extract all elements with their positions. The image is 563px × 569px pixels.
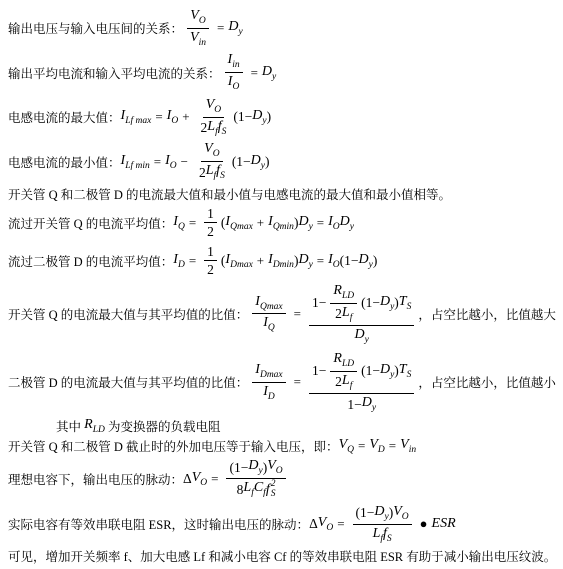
subscript: O [402,512,409,522]
fraction: VO2LffS [198,96,230,138]
math-variable: Lf [342,373,352,392]
math-roman: 1− [347,397,361,413]
math-variable: Lf [207,119,217,138]
math-operator-glyph: + [182,109,189,124]
math-variable: ILf min [121,153,150,171]
math-variable: TS [399,362,412,381]
fraction-numerator: VO [203,96,224,118]
math-roman-glyph: Δ [309,516,318,531]
math-operator-glyph: = [337,516,344,531]
math-roman-glyph: (1− [340,253,359,268]
math-roman-glyph: ) [267,109,272,124]
subscript: y [372,403,376,413]
math-variable-glyph: R [333,283,342,298]
subscript: LD [93,425,105,435]
fraction-denominator: 2LffS [198,118,230,139]
fraction-denominator: 1−Dy [344,394,379,415]
subscript: Lf max [125,116,151,126]
subscript: Q [268,323,275,333]
math-variable-glyph: V [192,470,201,485]
math-roman: (1− [233,109,252,125]
fraction: (1−Dy)VOLffS [353,503,412,545]
fraction-denominator: ID [260,383,278,404]
fraction: 12 [204,243,217,279]
fraction-numerator: Iin [225,51,243,73]
fraction-numerator: 1−RLD2Lf(1−Dy)TS [309,281,414,326]
math-operator-glyph: = [154,154,161,169]
formula-line: 实际电容有等效串联电阻 ESR，这时输出电压的脉动：ΔVO=(1−Dy)VOLf… [8,503,555,545]
math-variable-glyph: D [374,504,384,519]
math-operator-glyph: = [211,471,218,486]
subscript: Q [347,445,354,455]
fraction: (1−Dy)VO8LfCff2S [226,457,285,501]
fraction: VOVin [187,7,209,49]
math-variable-glyph: V [339,437,348,452]
fraction-numerator: RLD [330,350,357,372]
fraction-denominator: IQ [260,314,278,335]
math-roman-glyph: ) [265,154,270,169]
subscript: Lf min [125,160,150,170]
subscript: S [407,301,412,311]
math-variable: VO [267,458,282,477]
math-variable-glyph: D [380,294,390,309]
math-operator: − [177,154,192,170]
math-variable-glyph: D [262,64,272,79]
math-roman: 1 [207,244,214,260]
cn-text: 开关管 Q 的电流最大值与其平均值的比值： [8,305,248,323]
fraction-denominator: 2 [204,261,217,279]
math-roman-glyph: (1− [356,505,375,520]
math-variable: VO [190,8,205,27]
math-roman: 1− [312,295,326,311]
math-variable: VD [369,437,384,455]
math-variable: IQ [263,315,275,334]
math-operator: + [178,109,193,125]
math-variable: Dy [380,362,394,381]
math-variable-glyph: L [342,373,350,388]
math-operator: + [253,253,268,269]
math-variable: Dy [359,252,373,270]
cn-text-glyph: ，占空比越小，比值越大 [418,308,556,322]
math-variable-glyph: D [298,252,308,267]
math-roman-glyph: (1− [361,295,380,310]
math-variable: IQmin [268,214,294,232]
subscript: S [271,490,276,500]
cn-text: 开关管 Q 和二极管 D 的电流最大值和最小值与电感电流的最大值和最小值相等。 [8,185,451,203]
formula-line: 开关管 Q 和二极管 D 截止时的外加电压等于输入电压，即：VQ=VD=Vin [8,437,555,455]
subscript: Dmax [230,260,253,270]
subscript: S [387,533,392,543]
sub-sup-stack: 2S [271,480,276,500]
math-variable: IO [165,153,177,171]
subscript: LD [342,291,354,301]
math-variable-glyph: T [399,294,407,309]
subscript: in [199,38,206,48]
cn-text: 二极管 D 的电流最大值与其平均值的比值： [8,373,248,391]
math-roman-glyph: (1− [229,460,248,475]
subscript: y [238,27,242,37]
subscript: in [409,445,416,455]
math-variable: IO [167,108,179,126]
subscript: S [222,126,227,136]
math-roman: 1− [312,363,326,379]
formula-line: 流过开关管 Q 的电流平均值：IQ=12(IQmax+IQmin)Dy=IODy [8,205,555,241]
math-variable: IDmin [268,252,294,270]
math-roman-glyph: 1 [207,244,214,259]
math-variable: Cf [254,480,266,499]
fraction-numerator: (1−Dy)VO [226,457,285,479]
fraction-denominator: 2 [204,223,217,241]
math-variable-glyph: D [251,153,261,168]
math-operator-glyph: = [251,65,258,80]
math-operator-glyph: = [294,306,301,321]
subscript: O [213,149,220,159]
math-variable: VO [204,141,219,160]
math-variable: Dy [355,327,369,346]
math-roman: (1− [356,505,375,521]
math-roman: Δ [309,516,318,532]
math-variable: fS [218,119,227,138]
fraction: VO2LffS [196,140,228,182]
subscript: f [350,380,353,390]
cn-text: 可见，增加开关频率 f、加大电感 Lf 和减小电容 Cf 的等效串联电阻 ESR… [8,547,556,565]
subscript: D [268,391,275,401]
math-roman: (1− [361,363,380,379]
math-roman: 2 [199,165,206,181]
cn-text-glyph: 电感电流的最小值： [8,156,121,170]
math-variable: RLD [333,283,354,302]
math-operator: = [290,306,305,322]
cn-text: 理想电容下，输出电压的脉动： [8,470,183,488]
formula-line: 可见，增加开关频率 f、加大电感 Lf 和减小电容 Cf 的等效串联电阻 ESR… [8,547,555,565]
fraction-denominator: 2Lf [332,304,355,325]
subscript: Dmin [273,260,294,270]
math-roman: ) [373,253,378,269]
math-roman: (1− [232,154,251,170]
math-variable: VO [192,470,207,488]
math-variable-glyph: D [340,214,350,229]
math-roman-glyph: 2 [199,165,206,180]
math-operator: = [313,253,328,269]
math-roman-glyph: (1− [361,363,380,378]
math-variable-glyph: R [333,351,342,366]
cn-text-glyph: ，占空比越小，比值越小 [418,376,556,390]
math-variable-glyph: V [267,458,276,473]
subscript: y [350,222,354,232]
math-roman-glyph: 1− [347,397,361,412]
math-roman-glyph: (1− [232,154,251,169]
cn-text-glyph: 为变换器的负载电阻 [105,420,221,434]
math-roman: ) [267,109,272,125]
math-operator-glyph: = [189,215,196,230]
subscript: Q [178,222,185,232]
cn-text-glyph: 开关管 Q 和二极管 D 的电流最大值和最小值与电感电流的最大值和最小值相等。 [8,188,451,202]
cn-text: 开关管 Q 和二极管 D 截止时的外加电压等于输入电压，即： [8,437,339,455]
math-variable: TS [399,294,412,313]
math-roman-glyph: Δ [183,471,192,486]
math-variable: IDmax [225,252,252,270]
math-operator: + [253,215,268,231]
math-roman-glyph: 2 [335,306,342,321]
cn-text: 电感电流的最小值： [8,153,121,171]
fraction-numerator: IDmax [252,361,285,383]
math-variable-glyph: V [400,437,409,452]
math-roman: Δ [183,471,192,487]
math-variable: IQmax [225,214,252,232]
math-operator-glyph: = [217,20,224,35]
math-roman: 2 [207,224,214,240]
fraction: IinIO [225,51,243,93]
cn-text: 电感电流的最大值： [8,108,121,126]
math-variable-glyph: C [254,480,263,495]
math-variable: VO [206,97,221,116]
math-operator-glyph: = [317,253,324,268]
formula-line: 电感电流的最小值：ILf min=IO−VO2LffS(1−Dy) [8,140,555,182]
math-variable-glyph: D [362,395,372,410]
math-variable: ID [263,384,275,403]
math-variable-glyph: V [206,97,215,112]
subscript: O [232,82,239,92]
cn-text: 实际电容有等效串联电阻 ESR，这时输出电压的脉动： [8,515,309,533]
subscript: O [326,523,333,533]
math-roman-glyph: 2 [207,224,214,239]
subscript: Qmax [230,222,253,232]
subscript: O [171,116,178,126]
document-body: 输出电压与输入电压间的关系：VOVin=Dy输出平均电流和输入平均电流的关系：I… [0,0,563,565]
math-variable-glyph: V [190,30,199,45]
math-operator-glyph: + [257,253,264,268]
fraction-numerator: VO [201,140,222,162]
math-operator: = [333,516,348,532]
math-variable-glyph: ESR [432,516,456,531]
fraction-numerator: 1−RLD2Lf(1−Dy)TS [309,349,414,394]
math-variable: ILf max [121,108,152,126]
math-operator: ● [416,516,432,532]
math-variable: IDmax [255,362,282,381]
math-operator: = [385,438,400,454]
math-operator: = [290,374,305,390]
math-roman: 2 [335,374,342,390]
math-variable-glyph: L [206,163,214,178]
math-variable-glyph: L [342,305,350,320]
fraction: IQmaxIQ [252,293,285,335]
math-operator: = [313,215,328,231]
math-variable-glyph: R [84,417,93,432]
cn-text-glyph: 实际电容有等效串联电阻 ESR，这时输出电压的脉动： [8,518,309,532]
formula-line: 理想电容下，输出电压的脉动：ΔVO=(1−Dy)VO8LfCff2S [8,457,555,501]
math-variable: Dy [380,294,394,313]
cn-text-glyph: 其中 [56,420,84,434]
math-variable-glyph: V [393,504,402,519]
cn-text: ，占空比越小，比值越小 [418,373,556,391]
math-operator: = [354,438,369,454]
fraction-numerator: 1 [204,205,217,224]
math-variable-glyph: V [369,437,378,452]
cn-text-glyph: 电感电流的最大值： [8,111,121,125]
math-variable-glyph: f [266,482,270,497]
math-operator: = [185,253,200,269]
math-operator-glyph: = [294,374,301,389]
cn-text-glyph: 输出电压与输入电压间的关系： [8,22,183,36]
math-variable-glyph: D [355,327,365,342]
math-variable: Lf [373,526,383,545]
math-roman: 1 [207,206,214,222]
math-variable: Lf [243,480,253,499]
cn-text-glyph: 开关管 Q 和二极管 D 截止时的外加电压等于输入电压，即： [8,440,339,454]
fraction-numerator: IQmax [252,293,285,315]
math-variable: ID [173,252,185,270]
math-roman: 2 [207,262,214,278]
subscript: D [178,260,185,270]
math-operator-glyph: = [358,438,365,453]
cn-text-glyph: 二极管 D 的电流最大值与其平均值的比值： [8,376,248,390]
fraction: 12 [204,205,217,241]
math-roman-glyph: (1− [233,109,252,124]
fraction-denominator: IO [225,73,243,94]
fraction: RLD2Lf [330,282,357,324]
math-variable: IO [328,214,340,232]
fraction-denominator: 8LfCff2S [234,479,279,501]
subscript: Qmin [273,222,294,232]
formula-line: 其中 RLD 为变换器的负载电阻 [8,417,555,435]
math-variable-glyph: D [298,214,308,229]
subscript: LD [342,359,354,369]
math-operator: = [207,471,222,487]
fraction-numerator: (1−Dy)VO [353,503,412,525]
cn-text: ，占空比越小，比值越大 [418,305,556,323]
math-operator: = [247,65,262,81]
cn-text-glyph: 开关管 Q 的电流最大值与其平均值的比值： [8,308,248,322]
math-variable: Dy [248,458,262,477]
math-variable: f2S [266,480,276,500]
fraction-numerator: 1 [204,243,217,262]
fraction-denominator: 2LffS [196,162,228,183]
formula-line: 电感电流的最大值：ILf max=IO+VO2LffS(1−Dy) [8,96,555,138]
math-variable: Dy [340,214,354,232]
fraction: IDmaxID [252,361,285,403]
math-operator-glyph: − [181,154,188,169]
subscript: y [272,72,276,82]
math-operator-glyph: = [317,215,324,230]
subscript: Dmax [260,370,283,380]
math-operator-glyph: + [257,215,264,230]
page: { "page": { "background": "#ffffff", "te… [0,0,563,569]
subscript: O [199,16,206,26]
subscript: O [333,260,340,270]
fraction: 1−RLD2Lf(1−Dy)TS1−Dy [309,349,414,415]
cn-text-glyph: 可见，增加开关频率 f、加大电感 Lf 和减小电容 Cf 的等效串联电阻 ESR… [8,550,556,564]
cn-text: 输出平均电流和输入平均电流的关系： [8,64,221,82]
math-variable: RLD [84,417,105,435]
cn-text-glyph: 输出平均电流和输入平均电流的关系： [8,67,221,81]
math-variable: VO [393,504,408,523]
math-variable: Dy [362,395,376,414]
math-roman-glyph: ) [373,253,378,268]
fraction-denominator: LffS [370,525,395,546]
math-variable-glyph: L [207,119,215,134]
math-variable-glyph: D [359,252,369,267]
math-operator: = [150,154,165,170]
math-variable: Dy [298,214,312,232]
math-roman-glyph: 1 [207,206,214,221]
math-variable: ESR [432,516,456,532]
math-variable: IQmax [255,294,282,313]
formula-line: 输出电压与输入电压间的关系：VOVin=Dy [8,7,555,49]
math-operator: = [185,215,200,231]
fraction-denominator: Dy [352,326,372,347]
math-variable: Dy [262,64,276,82]
math-roman: 2 [335,306,342,322]
math-variable: fS [383,526,392,545]
subscript: O [276,466,283,476]
subscript: S [220,171,225,181]
formula-line: 流过二极管 D 的电流平均值：ID=12(IDmax+IDmin)Dy=IO(1… [8,243,555,279]
math-roman-glyph: 1− [312,295,326,310]
math-variable: Iin [228,52,240,71]
cn-text: 为变换器的负载电阻 [105,417,221,435]
fraction: RLD2Lf [330,350,357,392]
subscript: O [170,160,177,170]
cn-text: 流过二极管 D 的电流平均值： [8,252,173,270]
fraction-denominator: 2Lf [332,372,355,393]
formula-line: 开关管 Q 的电流最大值与其平均值的比值：IQmaxIQ=1−RLD2Lf(1−… [8,281,555,347]
math-variable: Dy [374,504,388,523]
math-variable-glyph: D [228,19,238,34]
math-variable: Lf [342,305,352,324]
math-variable: Dy [252,108,266,126]
subscript: S [407,370,412,380]
math-variable: IO [228,74,240,93]
subscript: O [214,105,221,115]
fraction: 1−RLD2Lf(1−Dy)TSDy [309,281,414,347]
math-variable-glyph: D [252,108,262,123]
math-variable: Vin [400,437,416,455]
cn-text-glyph: 理想电容下，输出电压的脉动： [8,473,183,487]
math-roman-glyph: 2 [207,262,214,277]
math-variable: IQ [173,214,185,232]
formula-line: 二极管 D 的电流最大值与其平均值的比值：IDmaxID=1−RLD2Lf(1−… [8,349,555,415]
math-operator: = [213,20,228,36]
math-variable: Vin [190,30,206,49]
math-variable: IO [328,252,340,270]
subscript: O [200,478,207,488]
math-variable: Dy [251,153,265,171]
math-variable: Lf [206,163,216,182]
cn-text-glyph: 流过二极管 D 的电流平均值： [8,255,173,269]
math-roman: (1− [229,460,248,476]
subscript: D [378,445,385,455]
subscript: Qmax [260,301,283,311]
cn-text: 输出电压与输入电压间的关系： [8,19,183,37]
math-operator-glyph: ● [420,516,428,531]
formula-line: 输出平均电流和输入平均电流的关系：IinIO=Dy [8,51,555,93]
math-variable: VO [318,515,333,533]
subscript: f [350,312,353,322]
math-roman-glyph: 2 [335,374,342,389]
math-variable-glyph: D [248,458,258,473]
math-variable-glyph: T [399,362,407,377]
cn-text: 其中 [56,417,84,435]
math-roman-glyph: 1− [312,363,326,378]
formula-line: 开关管 Q 和二极管 D 的电流最大值和最小值与电感电流的最大值和最小值相等。 [8,185,555,203]
math-operator-glyph: = [189,253,196,268]
subscript: y [365,335,369,345]
cn-text: 流过开关管 Q 的电流平均值： [8,214,173,232]
fraction-numerator: VO [187,7,208,29]
math-variable: RLD [333,351,354,370]
math-variable: VQ [339,437,354,455]
math-variable: Dy [228,19,242,37]
